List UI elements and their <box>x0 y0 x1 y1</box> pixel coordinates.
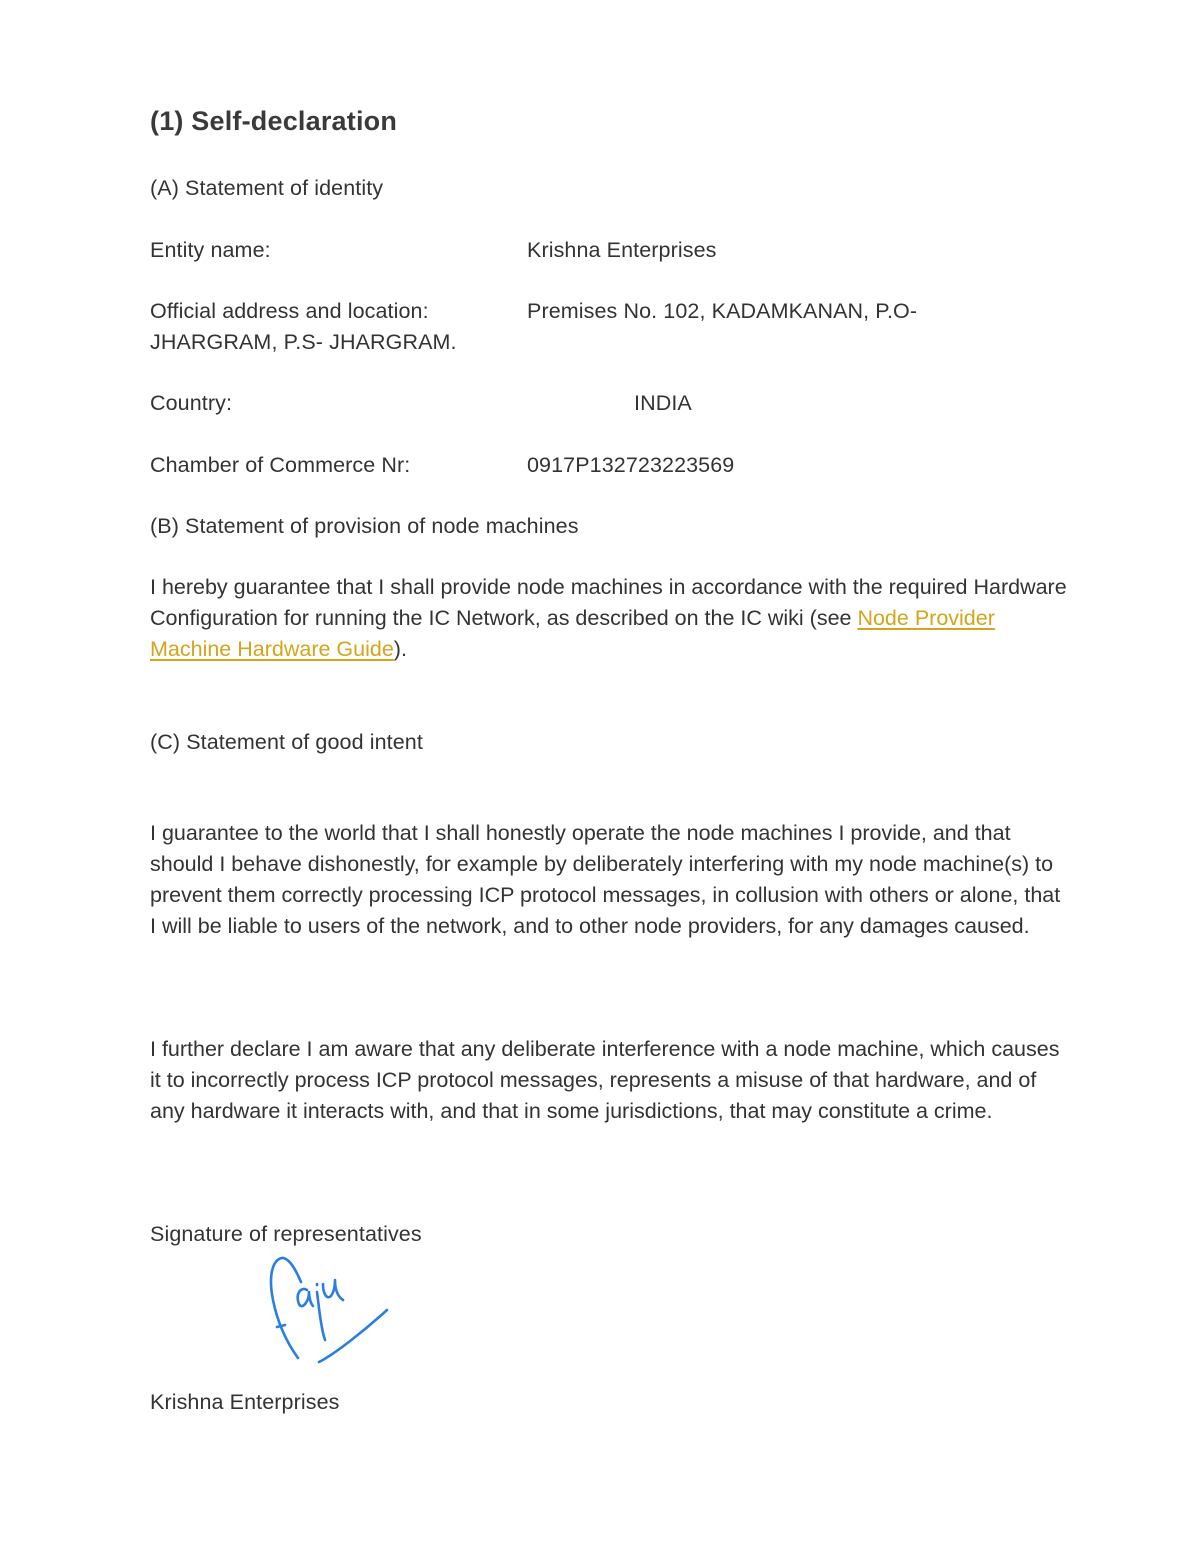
handwritten-signature <box>255 1250 400 1370</box>
document-page: (1) Self-declaration (A) Statement of id… <box>0 0 1200 1553</box>
section-c-heading: (C) Statement of good intent <box>150 730 423 755</box>
awareness-paragraph: I further declare I am aware that any de… <box>150 1034 1070 1127</box>
good-intent-paragraph: I guarantee to the world that I shall ho… <box>150 818 1070 942</box>
chamber-of-commerce-value: 0917P132723223569 <box>527 453 734 478</box>
signature-label: Signature of representatives <box>150 1222 422 1247</box>
country-value: INDIA <box>634 391 692 416</box>
address-value: Premises No. 102, KADAMKANAN, P.O- <box>527 299 917 324</box>
address-value-continued: JHARGRAM, P.S- JHARGRAM. <box>150 330 457 355</box>
entity-name-value: Krishna Enterprises <box>527 238 717 263</box>
section-b-text-end: ). <box>394 637 407 661</box>
section-b-heading: (B) Statement of provision of node machi… <box>150 514 579 539</box>
country-label: Country: <box>150 391 232 416</box>
page-title: (1) Self-declaration <box>150 106 397 137</box>
signatory-name: Krishna Enterprises <box>150 1390 340 1415</box>
chamber-of-commerce-label: Chamber of Commerce Nr: <box>150 453 410 478</box>
entity-name-label: Entity name: <box>150 238 271 263</box>
address-label: Official address and location: <box>150 299 429 324</box>
section-b-paragraph: I hereby guarantee that I shall provide … <box>150 572 1070 665</box>
section-a-heading: (A) Statement of identity <box>150 176 383 201</box>
